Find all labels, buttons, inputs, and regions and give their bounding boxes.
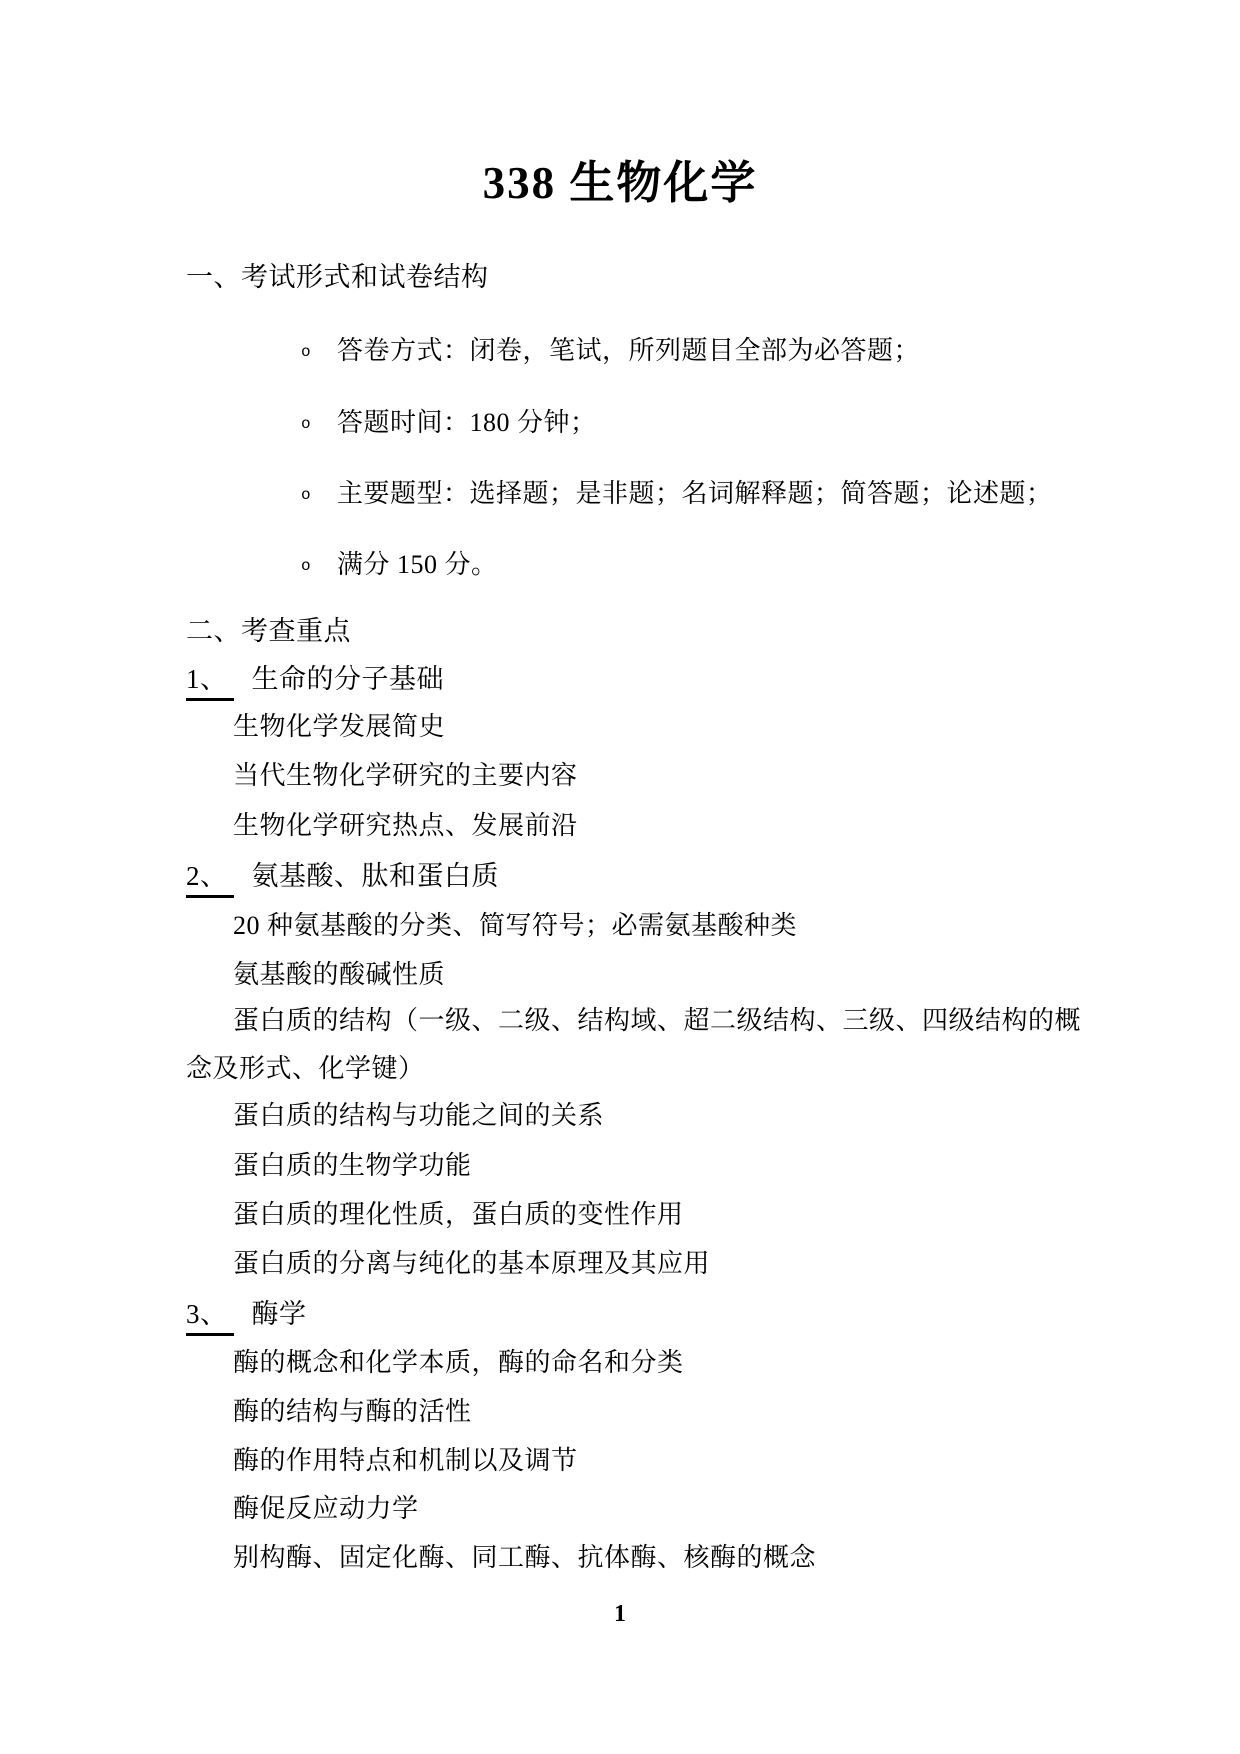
syllabus-point: 20 种氨基酸的分类、简写符号；必需氨基酸种类 [233,911,797,941]
circle-bullet-icon: o [301,415,337,433]
topic-heading-1: 1、生命的分子基础 [186,664,444,701]
circle-bullet-icon: o [301,343,337,361]
topic-number: 2、 [186,861,234,898]
bullet-text: 满分 150 分。 [337,550,498,579]
syllabus-point: 生物化学研究热点、发展前沿 [233,811,578,841]
syllabus-point: 生物化学发展简史 [233,712,445,742]
topic-title: 酶学 [252,1299,307,1329]
section-1-heading: 一、考试形式和试卷结构 [186,262,489,293]
bullet-item: o答卷方式：闭卷，笔试，所列题目全部为必答题； [301,336,920,366]
topic-number: 3、 [186,1299,234,1336]
topic-heading-2: 2、氨基酸、肽和蛋白质 [186,861,499,898]
syllabus-point: 酶促反应动力学 [233,1494,419,1524]
topic-number: 1、 [186,664,234,701]
syllabus-point: 酶的作用特点和机制以及调节 [233,1446,578,1476]
page-number: 1 [0,1601,1240,1628]
syllabus-point: 蛋白质的结构与功能之间的关系 [233,1101,604,1131]
topic-title: 生命的分子基础 [252,664,445,694]
syllabus-point: 酶的概念和化学本质，酶的命名和分类 [233,1348,684,1378]
syllabus-point-wrapped: 蛋白质的结构（一级、二级、结构域、超二级结构、三级、四级结构的概念及形式、化学键… [186,997,1094,1093]
bullet-item: o满分 150 分。 [301,550,498,580]
syllabus-point: 蛋白质的分离与纯化的基本原理及其应用 [233,1249,710,1279]
bullet-text: 答题时间：180 分钟； [337,408,597,437]
bullet-item: o答题时间：180 分钟； [301,408,597,438]
syllabus-point: 别构酶、固定化酶、同工酶、抗体酶、核酶的概念 [233,1543,816,1573]
bullet-text: 答卷方式：闭卷，笔试，所列题目全部为必答题； [337,336,920,365]
bullet-text: 主要题型：选择题；是非题；名词解释题；简答题；论述题； [337,479,1053,508]
document-page: 338 生物化学 一、考试形式和试卷结构 o答卷方式：闭卷，笔试，所列题目全部为… [0,0,1240,1754]
topic-title: 氨基酸、肽和蛋白质 [252,861,500,891]
syllabus-point: 当代生物化学研究的主要内容 [233,761,578,791]
syllabus-point: 蛋白质的理化性质，蛋白质的变性作用 [233,1200,684,1230]
circle-bullet-icon: o [301,486,337,504]
syllabus-point: 蛋白质的生物学功能 [233,1151,472,1181]
bullet-item: o主要题型：选择题；是非题；名词解释题；简答题；论述题； [301,479,1053,509]
document-title: 338 生物化学 [0,146,1240,211]
section-2-heading: 二、考查重点 [186,616,351,647]
topic-heading-3: 3、酶学 [186,1299,307,1336]
syllabus-point: 酶的结构与酶的活性 [233,1397,472,1427]
syllabus-point: 氨基酸的酸碱性质 [233,960,445,990]
circle-bullet-icon: o [301,557,337,575]
